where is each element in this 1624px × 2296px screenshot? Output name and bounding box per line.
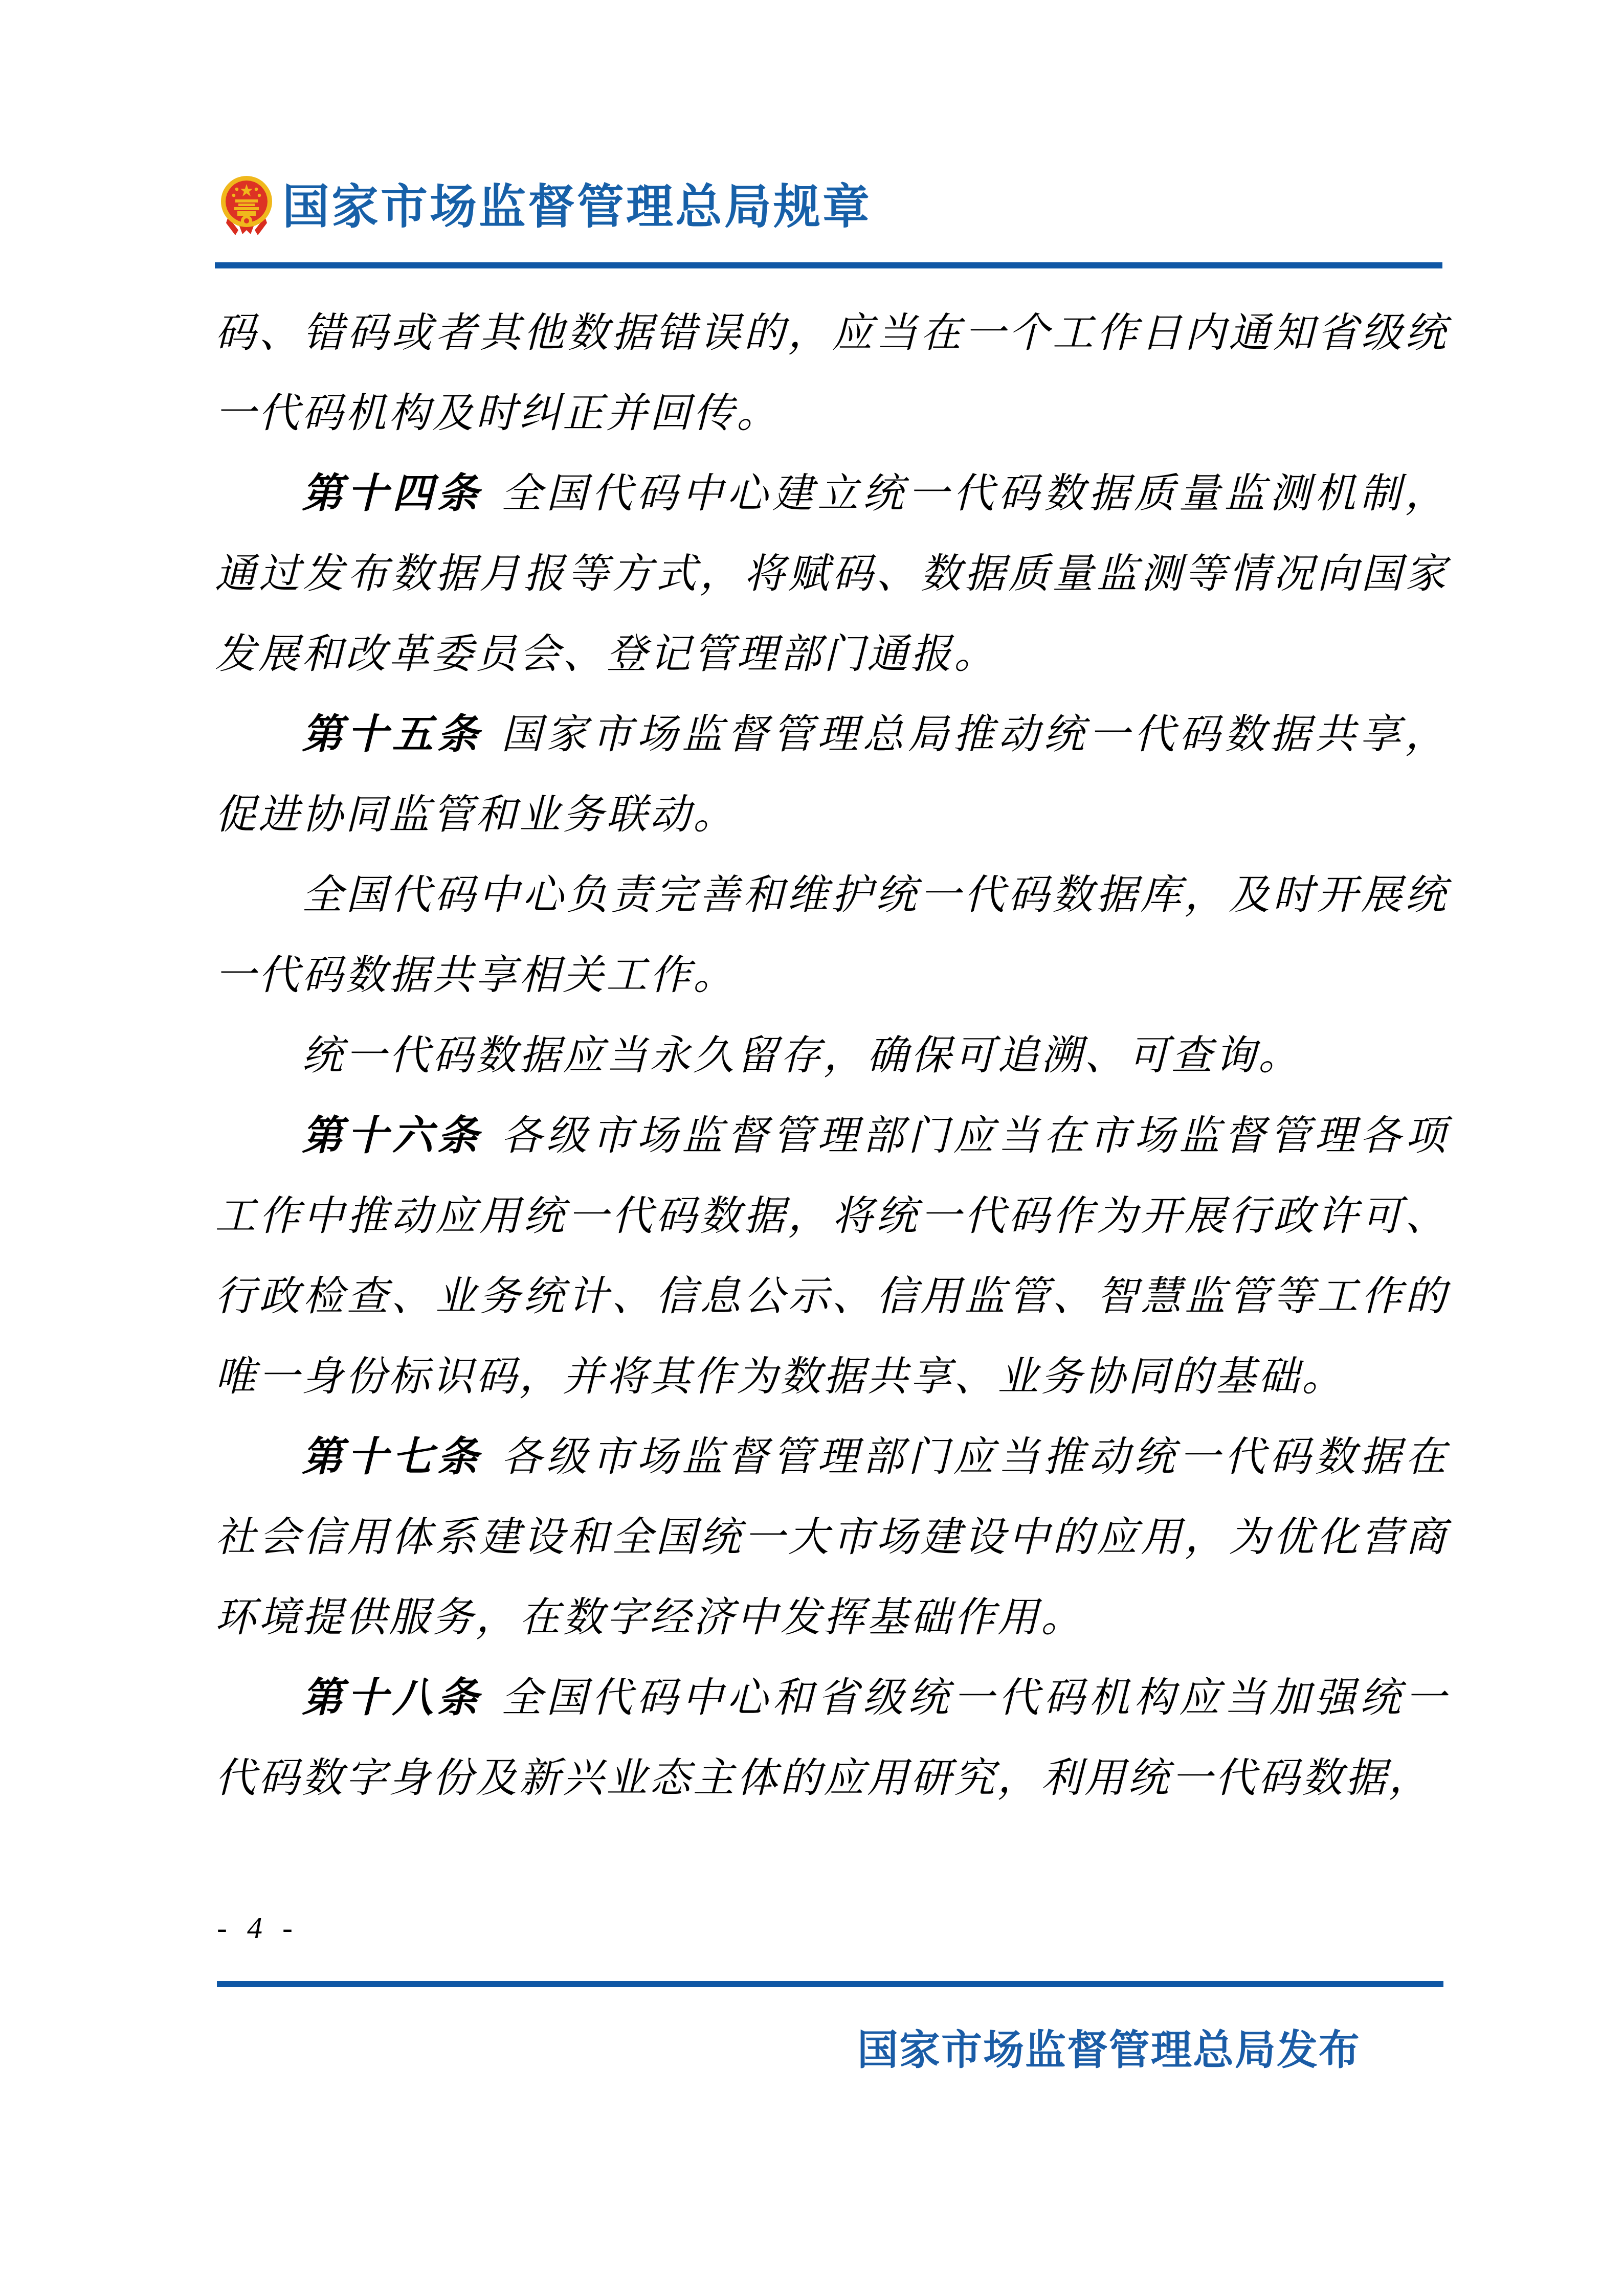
publisher-line: 国家市场监督管理总局发布 [857,2017,1361,2076]
article-number: 第十五条 [302,712,483,757]
paragraph-text: 码、错码或者其他数据错误的，应当在一个工作日内通知省级统一代码机构及时纠正并回传… [215,311,1449,436]
article-number: 第十七条 [302,1435,483,1480]
article-number: 第十八条 [302,1676,483,1721]
body-paragraph: 第十六条各级市场监督管理部门应当在市场监督管理各项工作中推动应用统一代码数据，将… [215,1096,1449,1417]
body-paragraph: 码、错码或者其他数据错误的，应当在一个工作日内通知省级统一代码机构及时纠正并回传… [215,294,1449,454]
article-number: 第十六条 [302,1114,483,1159]
page-number: - 4 - [217,1910,299,1946]
body-paragraph: 第十五条国家市场监督管理总局推动统一代码数据共享，促进协同监管和业务联动。 [215,695,1449,856]
paragraph-text: 统一代码数据应当永久留存，确保可追溯、可查询。 [302,1033,1302,1078]
article-number: 第十四条 [302,471,483,516]
paragraph-text: 全国代码中心负责完善和维护统一代码数据库，及时开展统一代码数据共享相关工作。 [215,873,1449,998]
header-rule [215,262,1442,268]
header-title: 国家市场监督管理总局规章 [282,179,872,235]
china-national-emblem-icon [220,173,273,237]
body-paragraph: 第十七条各级市场监督管理部门应当推动统一代码数据在社会信用体系建设和全国统一大市… [215,1417,1449,1658]
body-paragraph: 全国代码中心负责完善和维护统一代码数据库，及时开展统一代码数据共享相关工作。 [215,856,1449,1016]
footer-rule [217,1981,1443,1987]
document-body: 码、错码或者其他数据错误的，应当在一个工作日内通知省级统一代码机构及时纠正并回传… [215,294,1449,1819]
body-paragraph: 第十四条全国代码中心建立统一代码数据质量监测机制，通过发布数据月报等方式，将赋码… [215,454,1449,695]
body-paragraph: 第十八条全国代码中心和省级统一代码机构应当加强统一代码数字身份及新兴业态主体的应… [215,1658,1449,1819]
document-page: 国家市场监督管理总局规章 码、错码或者其他数据错误的，应当在一个工作日内通知省级… [0,0,1624,2296]
body-paragraph: 统一代码数据应当永久留存，确保可追溯、可查询。 [215,1016,1449,1096]
